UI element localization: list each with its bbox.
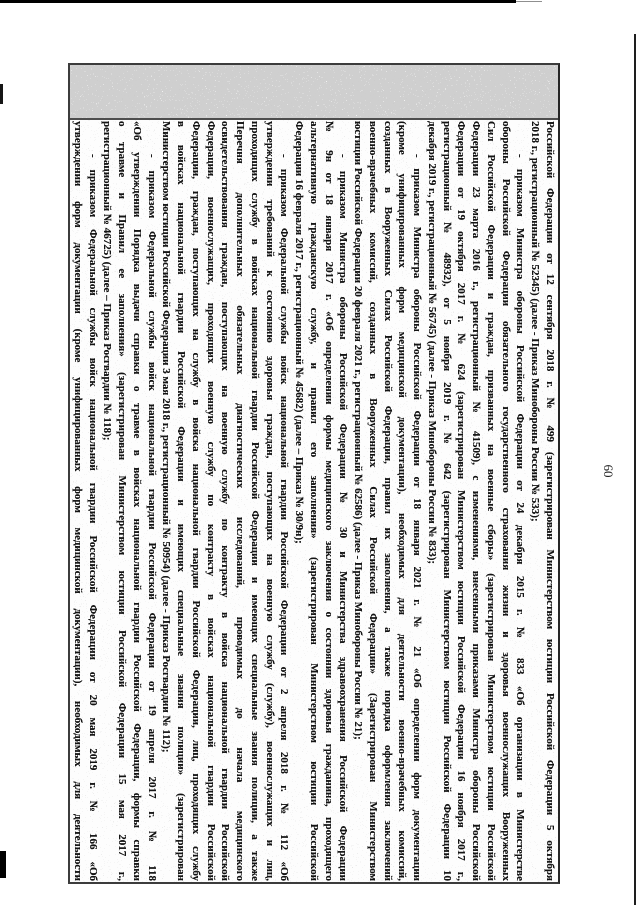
scan-border-top: [0, 0, 516, 3]
text-line: (кроме унифицированных форм медицинской …: [395, 121, 410, 881]
text-line: обороны Российской Федерации обязательно…: [498, 121, 513, 881]
text-line: регистрационный № 48932), от 5 ноября 20…: [439, 121, 454, 881]
text-line: «Об утверждении Порядка выдачи справки о…: [129, 121, 144, 881]
scan-text-block: Российской Федерации от 12 сентября 2018…: [68, 63, 560, 884]
text-line: Федерации 23 марта 2016 г., регистрацион…: [469, 121, 484, 881]
scan-mark-left-upper: [0, 84, 3, 104]
text-line: в войсках национальной гвардии Российско…: [174, 121, 189, 881]
text-line: проходящих службу в войсках национальной…: [247, 121, 262, 881]
text-line: - приказом Федеральной службы войск наци…: [277, 121, 292, 881]
rotated-page-content: Российской Федерации от 12 сентября 2018…: [70, 65, 558, 882]
text-line: освидетельствования граждан, поступающих…: [218, 121, 233, 881]
scan-border-right: [634, 34, 636, 905]
page-number: 60: [600, 460, 616, 482]
text-line: Федерации от 19 октября 2017 г. № 624 (з…: [454, 121, 469, 881]
text-line: Федерации 16 февраля 2017 г., регистраци…: [292, 121, 307, 881]
text-line: утверждении форм документации (кроме уни…: [70, 121, 85, 881]
text-line: - приказом Министра обороны Российской Ф…: [410, 121, 425, 881]
text-line: - приказом Федеральной службы войск наци…: [144, 121, 159, 881]
scanned-document-page: 60: [0, 0, 640, 905]
text-line: Перечня дополнительных обязательных диаг…: [233, 121, 248, 881]
text-line: альтернативную гражданскую службу, и пра…: [306, 121, 321, 881]
text-line: утверждении требований к состоянию здоро…: [262, 121, 277, 881]
text-line: Федерации, граждан, поступающих на служб…: [188, 121, 203, 881]
text-line: регистрационный № 46725) (далее – Приказ…: [100, 121, 115, 881]
text-line: - приказом Министра обороны Российской Ф…: [336, 121, 351, 881]
text-line: № 9н от 18 января 2017 г. «Об определени…: [321, 121, 336, 881]
text-line: военно-врачебных комиссий, созданных в В…: [365, 121, 380, 881]
text-line: декабря 2019 г., регистрационный № 56745…: [424, 121, 439, 881]
text-line: Сил Российской Федерации и граждан, приз…: [483, 121, 498, 881]
text-line: о травме и Правил ее заполнения» (зареги…: [115, 121, 130, 881]
scan-border-top-faint: [516, 1, 542, 2]
text-line: Федерации, военнослужащих, проходящих во…: [203, 121, 218, 881]
scan-mark-left-lower: [0, 851, 6, 878]
text-line: - приказом Министра обороны Российской Ф…: [513, 121, 528, 881]
text-line: Министерством юстиции Российской Федерац…: [159, 121, 174, 881]
text-line: юстиции Российской Федерации 20 февраля …: [351, 121, 366, 881]
text-line: созданных в Вооруженных Силах Российской…: [380, 121, 395, 881]
text-line: Российской Федерации от 12 сентября 2018…: [542, 121, 557, 881]
text-flow: Российской Федерации от 12 сентября 2018…: [70, 121, 557, 881]
text-line: - приказом Федеральной службы войск наци…: [85, 121, 100, 881]
text-line: 2018 г., регистрационный № 52345) (далее…: [528, 121, 543, 881]
